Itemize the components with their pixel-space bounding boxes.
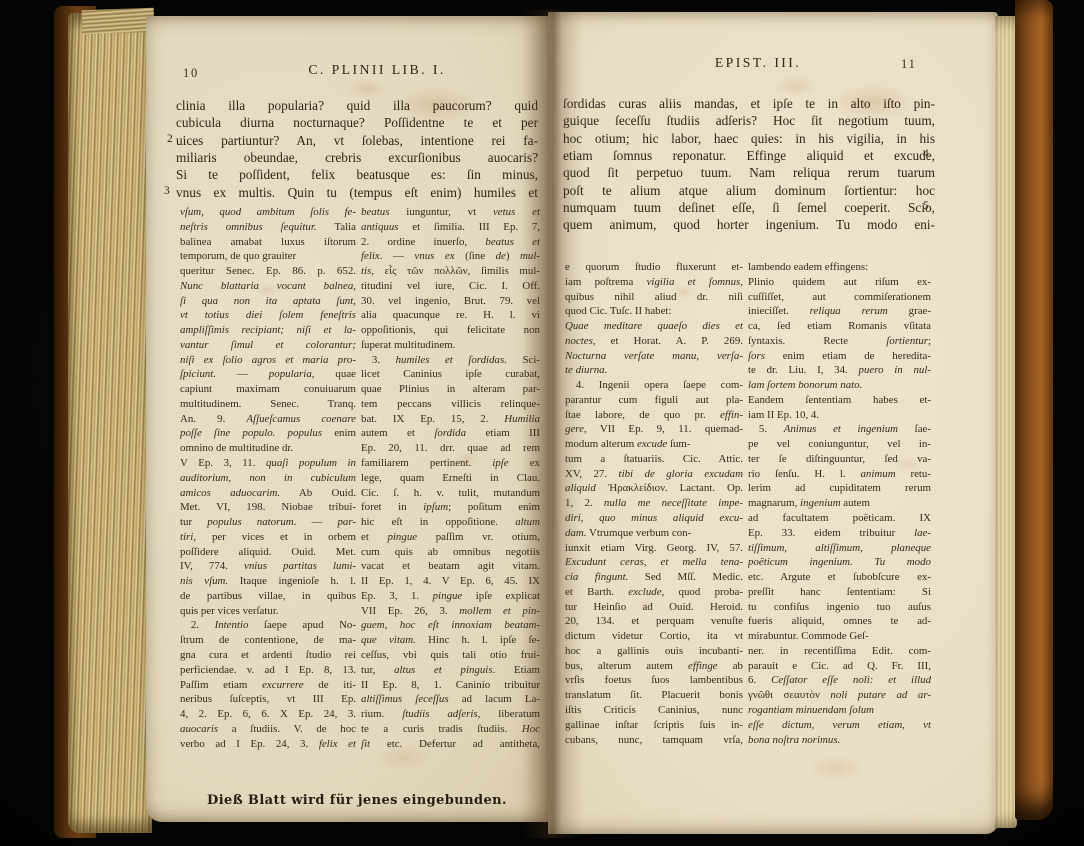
text-line: cubicula diurna nocturnaque? Poſſidentne… — [176, 114, 538, 131]
text-line: lerim ad cupiditatem rerum — [748, 481, 931, 496]
left-body-text: clinia illa popularia? quid illa paucoru… — [176, 97, 538, 201]
fore-edge-page-stack — [68, 13, 152, 833]
text-line: ter ſe diſtinguuntur, ſed va- — [748, 452, 931, 467]
text-line: poſſe ſine populo. populus enim — [180, 426, 356, 441]
text-line: Nunc blattaria vocant balnea, — [180, 279, 356, 294]
text-line: II Ep. 1, 4. V Ep. 6, 45. IX — [361, 574, 540, 589]
text-line: miliaris obeundae, crebris excurſionibus… — [176, 149, 538, 166]
text-line: cia fingunt. Sed Mſſ. Medic. — [565, 570, 743, 585]
left-running-head: C. PLINII LIB. I. — [242, 62, 512, 78]
text-line: bat. IX Ep. 15, 2. Humilia — [361, 412, 540, 427]
section-number-margin: 4 — [923, 148, 929, 160]
text-line: cuſſiſſet, aut commiſerationem — [748, 290, 931, 305]
text-line: auditorium, non in cubiculum — [180, 471, 356, 486]
text-line: V Ep. 3, 11. quaſi populum in — [180, 456, 356, 471]
text-line: mirabuntur. Commode Geſ- — [748, 629, 931, 644]
left-notes-column-1: vſum, quod ambitum ſolis fe-neſtris omni… — [180, 205, 356, 751]
text-line: vnus ex multis. Quin tu (tempus eſt enim… — [176, 184, 538, 201]
text-line: lege, quam Erneſti in Clau. — [361, 471, 540, 486]
text-line: quod ſit perpetuo tuum. Nam reliqua reru… — [563, 164, 935, 181]
text-line: tu confiſus ingenio tuo auſus — [748, 600, 931, 615]
text-line: amicos aduocarim. Ab Ouid. — [180, 486, 356, 501]
text-line: diri, quo minus aliquid excu- — [565, 511, 743, 526]
text-line: antiquus et ſimilia. III Ep. 7, — [361, 220, 540, 235]
text-line: quibus nihil aliud dr. niſi — [565, 290, 743, 305]
text-line: omnino de multitudine dr. — [180, 441, 356, 456]
text-line: verbo ad I Ep. 24, 3. felix et — [180, 737, 356, 752]
text-line: translatum ſit. Placuerit bonis — [565, 688, 743, 703]
text-line: tiſſimum, altiſſimum, planeque — [748, 541, 931, 556]
text-line: bus, alterum autem effinge ab — [565, 659, 743, 674]
text-line: 20, 134. et perquam venuſte — [565, 614, 743, 629]
text-line: lambendo eadem effingens: — [748, 260, 931, 275]
text-line: aliquid Ἡρακλείδιον. Lactant. Op. — [565, 481, 743, 496]
text-line: II Ep. 8, 1. Caninio tribuitur — [361, 678, 540, 693]
book-photograph: 10 C. PLINII LIB. I. clinia illa popular… — [0, 0, 1084, 846]
text-line: ſi qua non ita aptata ſunt, — [180, 294, 356, 309]
text-line: bona noſtra norimus. — [748, 733, 931, 748]
text-line: ſors enim etiam de heredita- — [748, 349, 931, 364]
right-running-head: EPIST. III. — [633, 55, 883, 71]
text-line: familiarem pertinent. ipſe ex — [361, 456, 540, 471]
text-line: altiſſimus ſeceſſus ad lacum La- — [361, 692, 540, 707]
text-line: Nocturna verſate manu, verſa- — [565, 349, 743, 364]
text-line: lam ſortem bonorum nato. — [748, 378, 931, 393]
text-line: oppoſitionis, qui felicitate non — [361, 323, 540, 338]
text-line: 4, 2. Ep. 6, 6. X Ep. 24, 3. — [180, 707, 356, 722]
text-line: noctes, et Horat. A. P. 269. — [565, 334, 743, 349]
text-line: Paſſim etiam excurrere de iti- — [180, 678, 356, 693]
text-line: pe vel coniunguntur, vel in- — [748, 437, 931, 452]
text-line: hoc a gallinis ouis incubanti- — [565, 644, 743, 659]
text-line: dictum videtur Cortio, ita vt — [565, 629, 743, 644]
text-line: neribus ſuſceptis, vt III Ep. — [180, 692, 356, 707]
text-line: temporum, de quo grauiter — [180, 249, 356, 264]
section-number-margin: 5 — [923, 200, 929, 212]
text-line: niſi ex ſolio agros et maria pro- — [180, 353, 356, 368]
right-cover-edge — [1015, 0, 1053, 820]
text-line: 4. Ingenii opera ſaepe com- — [565, 378, 743, 393]
left-notes-column-2: beatus iunguntur, vt vetus etantiquus et… — [361, 205, 540, 751]
text-line: tiri, per vices et in orbem — [180, 530, 356, 545]
text-line: gna cura et ardenti ſtudio rei — [180, 648, 356, 663]
text-line: dam. Vtrumque verbum con- — [565, 526, 743, 541]
text-line: tum a ſtatuariis. Cic. Attic. — [565, 452, 743, 467]
text-line: vantur ſimul et colorantur; — [180, 338, 356, 353]
text-line: uices partiuntur? An, vt ſolebas, intent… — [176, 132, 538, 149]
text-line: guem, hoc eſt innoxiam beatam- — [361, 618, 540, 633]
text-line: autem et ſordida etiam III — [361, 426, 540, 441]
text-line: inieciſſet. reliqua rerum grae- — [748, 304, 931, 319]
text-line: quae Plinius in alteram par- — [361, 382, 540, 397]
text-line: Si te poſſident, felix beatusque es: ſin… — [176, 166, 538, 183]
text-line: 6. Ceſſator eſſe noli: et illud — [748, 673, 931, 688]
text-line: capiunt maximam conuiuarum — [180, 382, 356, 397]
right-notes-column-2: lambendo eadem effingens:Plinio quidem a… — [748, 260, 931, 747]
text-line: ſtrum de contentione, de ma- — [180, 633, 356, 648]
text-line: ſit etc. Defertur ad antitheta, — [361, 737, 540, 752]
text-line: quod Cic. Tuſc. II habet: — [565, 304, 743, 319]
text-line: parantur cum figuli aut pla- — [565, 393, 743, 408]
text-line: foret in ipſum; poſitum enim — [361, 500, 540, 515]
text-line: clinia illa popularia? quid illa paucoru… — [176, 97, 538, 114]
text-line: modum alterum excude ſum- — [565, 437, 743, 452]
text-line: 1, 2. nulla me neceſſitate impe- — [565, 496, 743, 511]
section-number-margin: 3 — [164, 185, 170, 197]
right-body-text: ſordidas curas aliis mandas, et ipſe te … — [563, 95, 935, 234]
text-line: tur Heinſio ad Ouid. Heroid. — [565, 600, 743, 615]
text-line: que vitam. Hinc h. l. ipſe ſe- — [361, 633, 540, 648]
text-line: de partibus villae, in quibus — [180, 589, 356, 604]
text-line: Ep. 20, 11. drr. quae ad rem — [361, 441, 540, 456]
text-line: ad facultatem poëticam. IX — [748, 511, 931, 526]
text-line: vrſis foetus ſuos lambentibus — [565, 673, 743, 688]
text-line: cum quis ab omnibus negotiis — [361, 545, 540, 560]
text-line: An. 9. Aſſueſcamus coenare — [180, 412, 356, 427]
right-page: EPIST. III. 11 ſordidas curas aliis mand… — [548, 12, 998, 834]
text-line: poëticum ingenium. Tu modo — [748, 555, 931, 570]
text-line: IV, 774. vnius partitas lumi- — [180, 559, 356, 574]
text-line: tur, altus et pinguis. Etiam — [361, 663, 540, 678]
text-line: 2. ordine inuerſo, beatus et — [361, 235, 540, 250]
text-line: ſpiciunt. — popularia, quae — [180, 367, 356, 382]
text-line: quem animum, quod horter ingenium. Tu mo… — [563, 216, 935, 233]
left-page-number: 10 — [183, 66, 199, 81]
text-line: 3. humiles et ſordidas. Sci- — [361, 353, 540, 368]
text-line: gallinae inſtar ſcriptis ſuis in- — [565, 718, 743, 733]
text-line: alia quacunque re. H. l. vi — [361, 308, 540, 323]
text-line: e quorum ſtudio fluxerunt et- — [565, 260, 743, 275]
text-line: iſtis Criticis Caninius, nunc — [565, 703, 743, 718]
text-line: γνῶθι σεαυτὸν noli putare ad ar- — [748, 688, 931, 703]
binder-instruction-note: Dieß Blatt wird für jenes eingebunden. — [204, 793, 510, 808]
text-line: VII Ep. 26, 3. mollem et pin- — [361, 604, 540, 619]
text-line: guique ſeceſſu ſtudiis adſeris? Hoc ſit … — [563, 112, 935, 129]
text-line: parauit e Cic. ad Q. Fr. III, — [748, 659, 931, 674]
text-line: licet Caninius ipſe curabat, — [361, 367, 540, 382]
text-line: preſſit hanc ſententiam: Si — [748, 585, 931, 600]
text-line: et pingue paſſim vr. otium, — [361, 530, 540, 545]
text-line: quis per vices verſatur. — [180, 604, 356, 619]
text-line: rogantiam minuendam ſolum — [748, 703, 931, 718]
text-line: balinea amabat luxus iſtorum — [180, 235, 356, 250]
text-line: 30. vel ingenio, Brut. 79. vel — [361, 294, 540, 309]
text-line: tis, εἷς τῶν πολλῶν, ſimilis mul- — [361, 264, 540, 279]
text-line: ſyntaxis. Recte ſortientur; — [748, 334, 931, 349]
text-line: ampliſſimis recipiant; niſi et la- — [180, 323, 356, 338]
text-line: ca, ſed etiam Romanis vſitata — [748, 319, 931, 334]
text-line: Quae meditare quaeſo dies et — [565, 319, 743, 334]
text-line: tur populus natorum. — par- — [180, 515, 356, 530]
text-line: hoc otium; hic labor, haec quies: in his… — [563, 130, 935, 147]
text-line: neſtris omnibus ſequitur. Talia — [180, 220, 356, 235]
text-line: etiam ſomnus reponatur. Effinge aliquid … — [563, 147, 935, 164]
text-line: poſſidere aliquid. Ouid. Met. — [180, 545, 356, 560]
head-edge-page-stack — [82, 8, 155, 34]
text-line: ceſſus, vbi quis tali otio frui- — [361, 648, 540, 663]
text-line: magnarum, ingenium autem — [748, 496, 931, 511]
left-page: 10 C. PLINII LIB. I. clinia illa popular… — [146, 16, 548, 822]
text-line: numquam tuum deſinet eſſe, ſi ſemel coep… — [563, 199, 935, 216]
text-line: ſordidas curas aliis mandas, et ipſe te … — [563, 95, 935, 112]
text-line: 2. Intentio ſaepe apud No- — [180, 618, 356, 633]
text-line: etc. Argute et ſubobſcure ex- — [748, 570, 931, 585]
text-line: 5. Animus et ingenium ſae- — [748, 422, 931, 437]
text-line: ſuperat multitudinem. — [361, 338, 540, 353]
text-line: queritur Senec. Ep. 86. p. 652. — [180, 264, 356, 279]
text-line: Plinio quidem aut riſum ex- — [748, 275, 931, 290]
text-line: tem peccans villicis relinque- — [361, 397, 540, 412]
text-line: eſſe dictum, verum etiam, vt — [748, 718, 931, 733]
right-notes-column-1: e quorum ſtudio fluxerunt et-iam poſtrem… — [565, 260, 743, 747]
text-line: te dr. Liu. I, 34. puero in nul- — [748, 363, 931, 378]
text-line: vt totius diei ſolem feneſtris — [180, 308, 356, 323]
text-line: cubans, nunc, tamquam vrſa, — [565, 733, 743, 748]
text-line: te diurna. — [565, 363, 743, 378]
section-number-margin: 2 — [167, 133, 173, 145]
text-line: Excudunt ceras, et mella tena- — [565, 555, 743, 570]
text-line: et Barth. exclude, quod proba- — [565, 585, 743, 600]
text-line: beatus iunguntur, vt vetus et — [361, 205, 540, 220]
text-line: Cic. ſ. h. v. tulit, mutandum — [361, 486, 540, 501]
text-line: iunxit etiam Virg. Georg. IV, 57. — [565, 541, 743, 556]
text-line: poſt te alium atque alium dominum ſortie… — [563, 182, 935, 199]
text-line: Ep. 33. eidem tribuitur lae- — [748, 526, 931, 541]
text-line: perficiendae. v. ad I Ep. 8, 13. — [180, 663, 356, 678]
text-line: rio ſenſu. H. l. animum retu- — [748, 467, 931, 482]
text-line: titudini vel iure, Cic. I. Off. — [361, 279, 540, 294]
text-line: gere, VII Ep. 9, 11. quemad- — [565, 422, 743, 437]
text-line: Eandem ſententiam habes et- — [748, 393, 931, 408]
text-line: felix. — vnus ex (ſine de) mul- — [361, 249, 540, 264]
text-line: vſum, quod ambitum ſolis fe- — [180, 205, 356, 220]
text-line: multitudinem. Senec. Tranq. — [180, 397, 356, 412]
text-line: fueris aliquid, omnes te ad- — [748, 614, 931, 629]
text-line: hic eſt in oppoſitione. altum — [361, 515, 540, 530]
right-page-edges — [995, 16, 1017, 828]
text-line: XV, 27. tibi de gloria excudam — [565, 467, 743, 482]
text-line: iam poſtrema vigilia et ſomnus, — [565, 275, 743, 290]
text-line: iam II Ep. 10, 4. — [748, 408, 931, 423]
text-line: nis vſum. Itaque ingenioſe h. l. — [180, 574, 356, 589]
text-line: vacat et beatam agit vitam. — [361, 559, 540, 574]
text-line: auocaris a ſtudiis. V. de hoc — [180, 722, 356, 737]
text-line: te a curis tradis ſtudiis. Hoc — [361, 722, 540, 737]
text-line: Ep. 3, 1. pingue ipſe explicat — [361, 589, 540, 604]
text-line: ſtae labore, de quo pr. effin- — [565, 408, 743, 423]
text-line: rium. ſtudiis adſeris, liberatum — [361, 707, 540, 722]
text-line: ner. in recentiſſima Edit. com- — [748, 644, 931, 659]
text-line: Met. VI, 198. Niobae tribui- — [180, 500, 356, 515]
right-page-number: 11 — [901, 57, 917, 72]
